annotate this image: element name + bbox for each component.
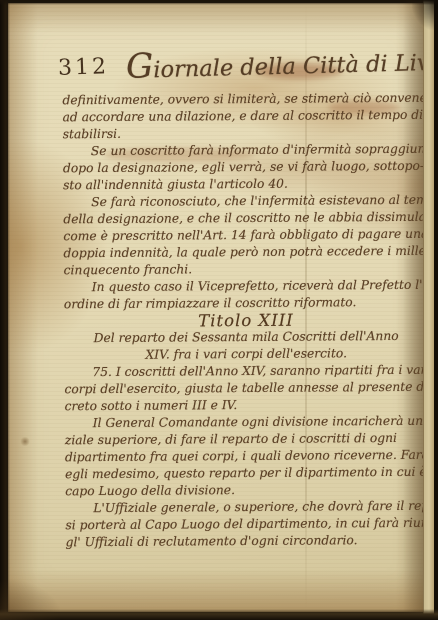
manuscript-line: si porterà al Capo Luogo del dipartiment… [65,515,429,535]
scanned-manuscript-page: 312 Giornale della Città di Livorno defi… [0,0,438,620]
manuscript-line: ad accordare una dilazione, e dare al co… [63,107,427,127]
page-number: 312 [58,54,110,81]
page-title: Giornale della Città di Livorno [126,39,427,87]
parchment-sheet: 312 Giornale della Città di Livorno defi… [8,3,434,612]
dark-corner-top-right [412,0,438,30]
manuscript-line: Del reparto dei Sessanta mila Coscritti … [64,328,428,348]
dark-corner-bottom-left [0,580,60,620]
manuscript-body: definitivamente, ovvero si limiterà, se … [62,90,429,552]
manuscript-line: dopo la designazione, egli verrà, se vi … [63,158,427,178]
page-curl-shadow [403,0,425,620]
photo-edge-bottom [0,609,438,620]
manuscript-line: doppia indennità, la quale però non potr… [63,243,427,263]
photo-edge-right [434,0,438,620]
manuscript-line: corpi dell'esercito, giusta le tabelle a… [64,379,428,399]
manuscript-line: In questo caso il Viceprefetto, riceverà… [64,277,428,297]
manuscript-line: gl' Uffiziali di reclutamento d'ogni cir… [65,532,429,552]
photo-edge-top [0,0,438,5]
photo-edge-left [0,0,10,620]
underlying-page-edge [423,0,434,620]
manuscript-line: egli medesimo, questo reparto per il dip… [65,464,429,484]
